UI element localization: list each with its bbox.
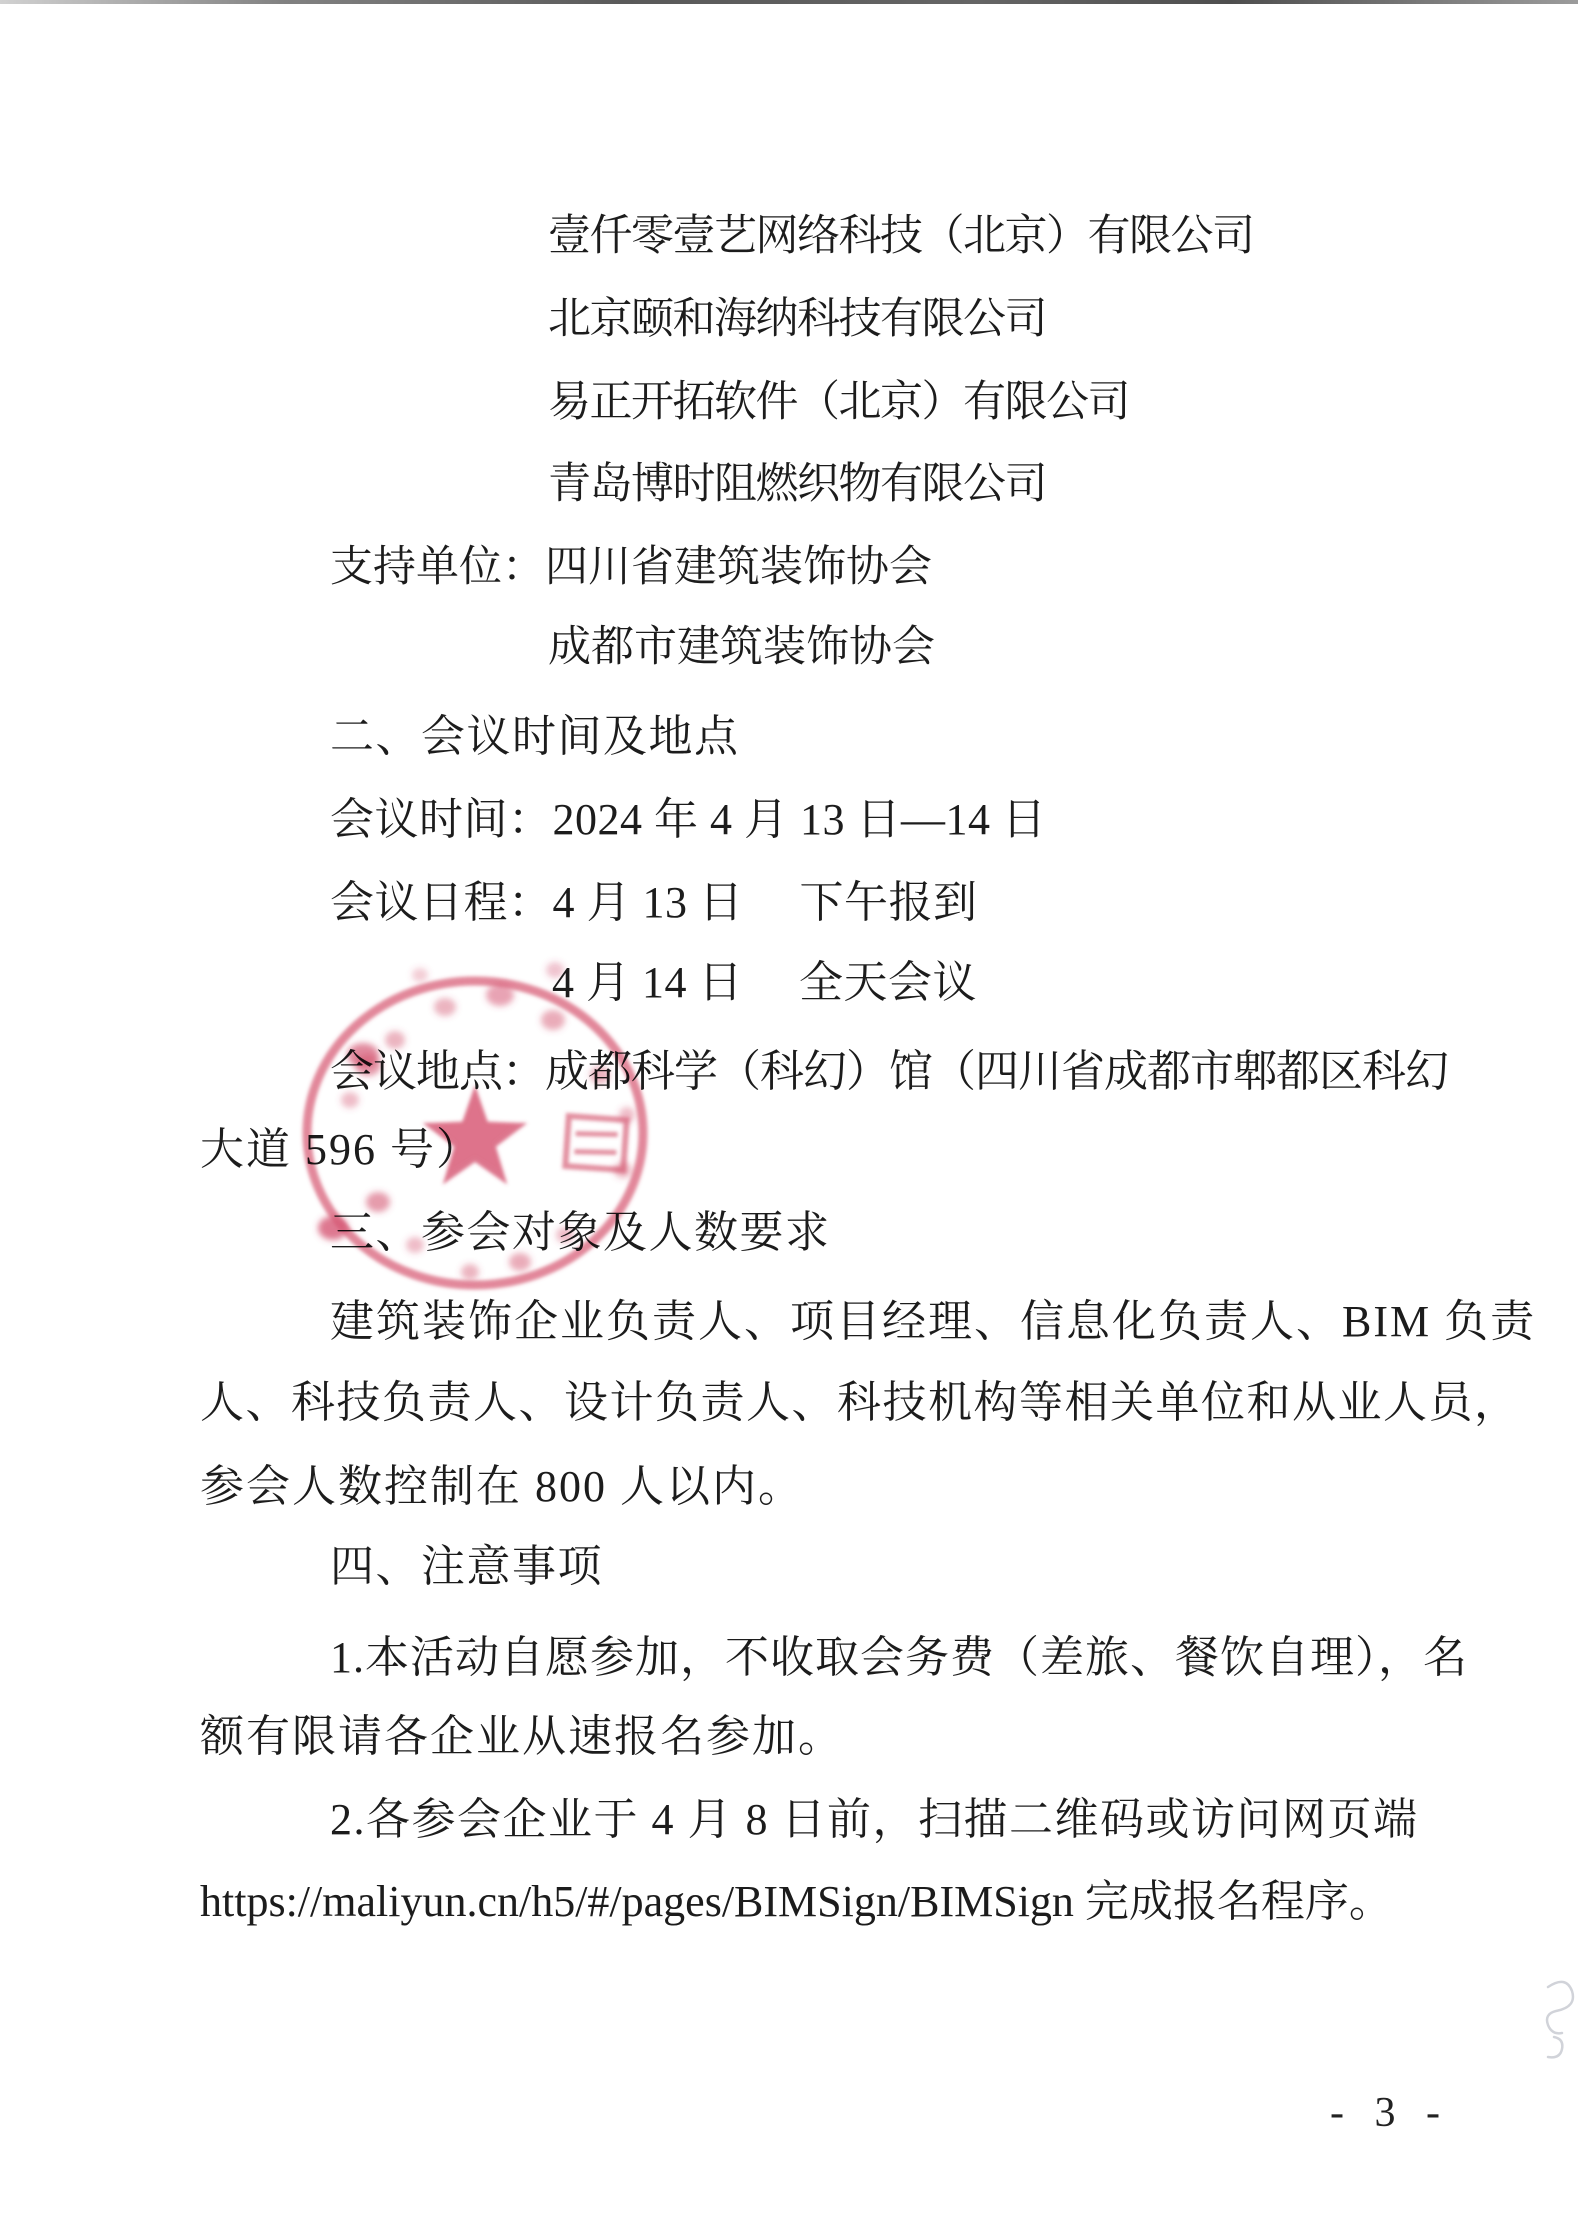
page-number: - 3 - bbox=[1330, 2082, 1450, 2144]
scan-top-edge bbox=[0, 0, 1578, 4]
section3-heading: 三、参会对象及人数要求 bbox=[330, 1202, 831, 1264]
section3-line-1: 建筑装饰企业负责人、项目经理、信息化负责人、BIM 负责 bbox=[330, 1291, 1536, 1353]
registration-url-line: https://maliyun.cn/h5/#/pages/BIMSign/BI… bbox=[200, 1871, 1393, 1933]
support-units-line: 支持单位：四川省建筑装饰协会 bbox=[330, 537, 932, 599]
agenda-line-2: 4 月 14 日 全天会议 bbox=[552, 952, 977, 1014]
company-line-4: 青岛博时阻燃织物有限公司 bbox=[548, 454, 1046, 516]
company-line-2: 北京颐和海纳科技有限公司 bbox=[548, 289, 1046, 351]
support-unit-second: 成都市建筑装饰协会 bbox=[548, 617, 935, 679]
agenda-line-1: 会议日程：4 月 13 日 下午报到 bbox=[330, 872, 978, 934]
note1-line-1: 1.本活动自愿参加，不收取会务费（差旅、餐饮自理），名 bbox=[330, 1627, 1468, 1689]
section4-heading: 四、注意事项 bbox=[330, 1536, 603, 1598]
scanned-document-page: 壹仟零壹艺网络科技（北京）有限公司 北京颐和海纳科技有限公司 易正开拓软件（北京… bbox=[0, 0, 1578, 2236]
section2-heading: 二、会议时间及地点 bbox=[330, 706, 740, 768]
note1-line-2: 额有限请各企业从速报名参加。 bbox=[200, 1706, 844, 1768]
meeting-time-line: 会议时间：2024 年 4 月 13 日—14 日 bbox=[330, 789, 1047, 851]
note2-line-1: 2.各参会企业于 4 月 8 日前，扫描二维码或访问网页端 bbox=[330, 1789, 1419, 1851]
company-line-3: 易正开拓软件（北京）有限公司 bbox=[548, 372, 1129, 434]
section3-line-3: 参会人数控制在 800 人以内。 bbox=[200, 1456, 804, 1518]
location-line-1: 会议地点：成都科学（科幻）馆（四川省成都市郫都区科幻 bbox=[330, 1041, 1448, 1103]
section3-line-2: 人、科技负责人、设计负责人、科技机构等相关单位和从业人员， bbox=[200, 1372, 1520, 1434]
company-line-1: 壹仟零壹艺网络科技（北京）有限公司 bbox=[548, 206, 1254, 268]
seal-box-mark bbox=[565, 1116, 626, 1170]
location-line-2: 大道 596 号） bbox=[200, 1119, 482, 1181]
pencil-squiggle-mark bbox=[1520, 1975, 1578, 2065]
